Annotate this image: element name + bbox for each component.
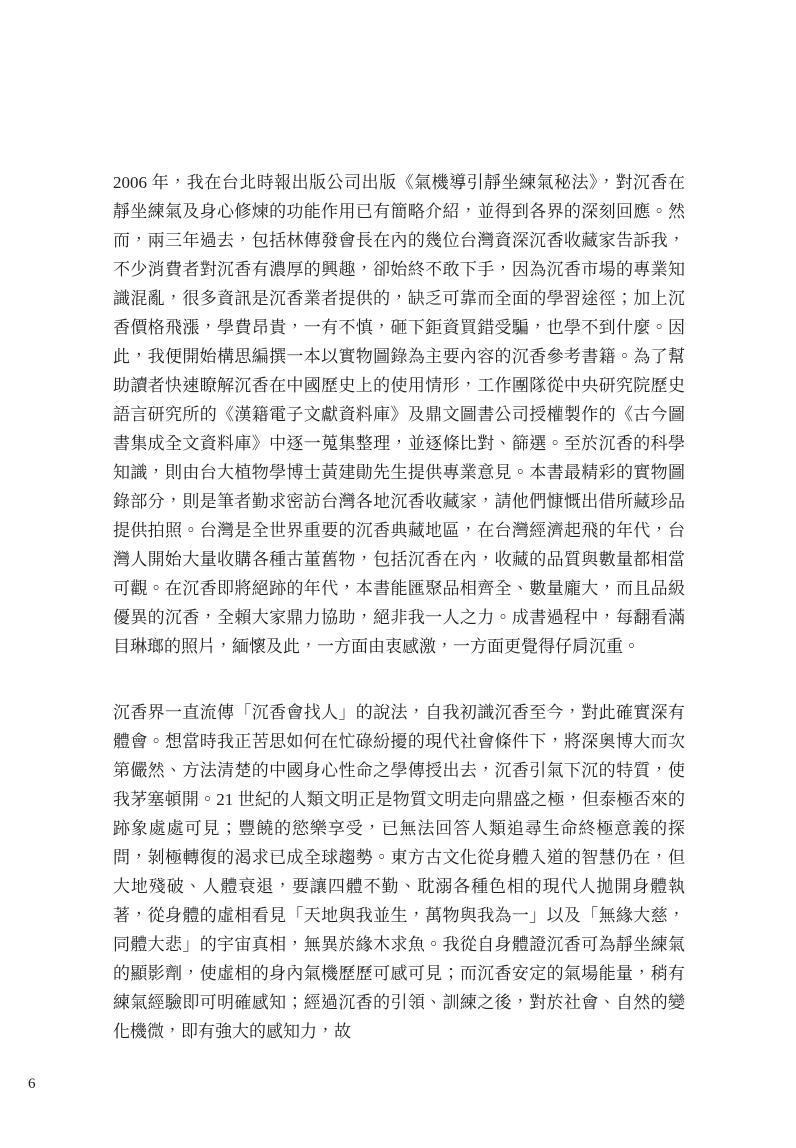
paragraph-intro-publishing: 2006 年，我在台北時報出版公司出版《氣機導引靜坐練氣秘法》，對沉香在靜坐練氣… [113, 168, 685, 661]
page-number: 6 [28, 1074, 36, 1094]
book-page: 2006 年，我在台北時報出版公司出版《氣機導引靜坐練氣秘法》，對沉香在靜坐練氣… [0, 0, 796, 1148]
body-text: 2006 年，我在台北時報出版公司出版《氣機導引靜坐練氣秘法》，對沉香在靜坐練氣… [113, 168, 685, 1046]
paragraph-agarwood-philosophy: 沉香界一直流傳「沉香會找人」的說法，自我初識沉香至今，對此確實深有體會。想當時我… [113, 698, 685, 1046]
